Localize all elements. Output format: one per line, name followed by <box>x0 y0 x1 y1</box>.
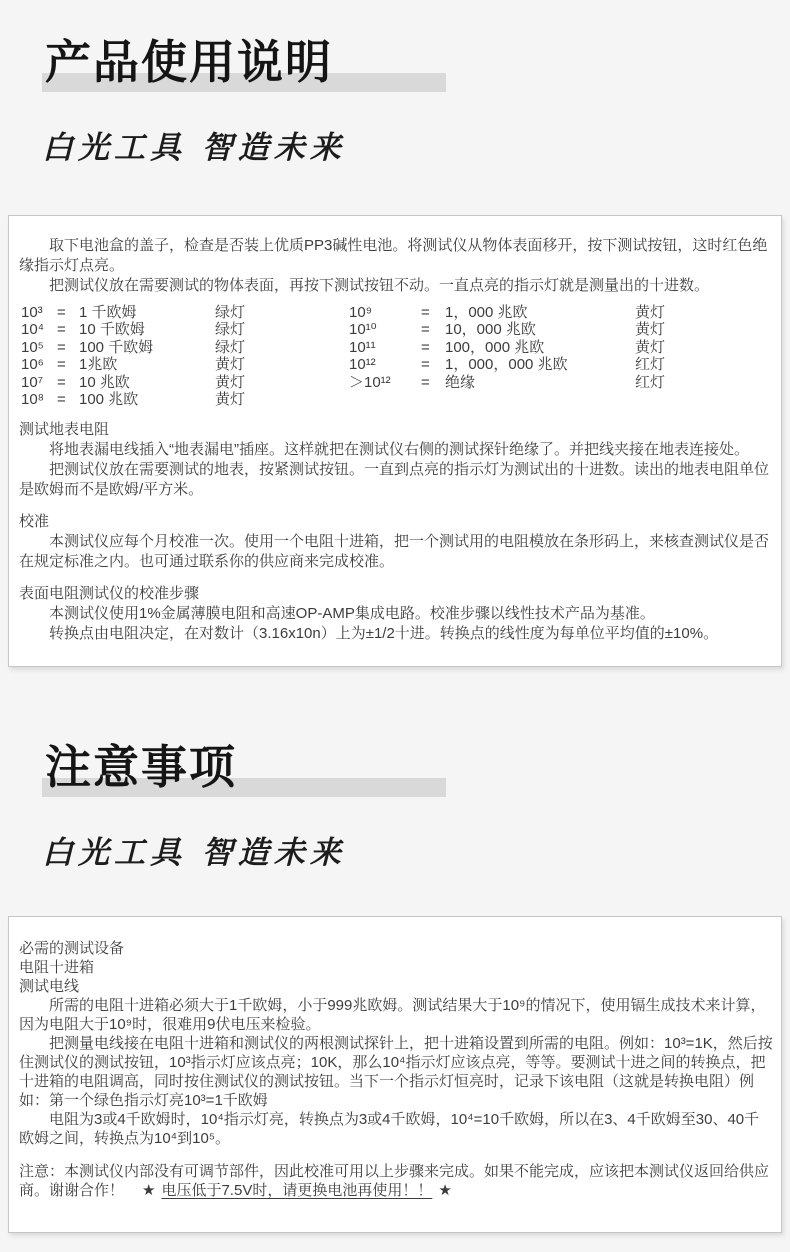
usage-paragraph-2: 把测试仪放在需要测试的物体表面，再按下测试按钮不动。一直点亮的指示灯就是测量出的… <box>19 276 773 296</box>
paragraph: 将地表漏电线插入“地表漏电”插座。这样就把在测试仪右侧的测试探针绝缘了。并把线夹… <box>19 440 773 460</box>
brand-slogan: 白光工具 智造未来 <box>42 827 790 872</box>
section1-title: 产品使用说明 <box>45 36 790 88</box>
power-cell <box>349 391 421 408</box>
value-cell: 1，000 兆欧 <box>445 304 635 321</box>
lamp-cell: 黄灯 <box>635 304 773 321</box>
table-row: 10⁷=10 兆欧黄灯＞10¹²=绝缘红灯 <box>21 374 773 391</box>
power-cell: 10⁶ <box>21 356 57 373</box>
notice-label: 注意： <box>19 1163 64 1180</box>
star-icon: ★ <box>438 1182 451 1199</box>
equals-cell: = <box>57 321 79 338</box>
resistance-lamp-table: 10³=1 千欧姆绿灯10⁹=1，000 兆欧黄灯 10⁴=10 千欧姆绿灯10… <box>21 304 773 408</box>
equipment-line: 电阻十进箱 <box>19 958 773 977</box>
section2-header: 注意事项 白光工具 智造未来 <box>0 667 790 872</box>
power-cell: 10¹¹ <box>349 339 421 356</box>
section1-title-wrap: 产品使用说明 <box>0 36 790 94</box>
table-row: 10³=1 千欧姆绿灯10⁹=1，000 兆欧黄灯 <box>21 304 773 321</box>
sub-heading: 表面电阻测试仪的校准步骤 <box>19 584 773 604</box>
equals-cell: = <box>57 391 79 408</box>
table-row: 10⁸=100 兆欧黄灯 <box>21 391 773 408</box>
lamp-cell: 绿灯 <box>215 321 349 338</box>
star-icon: ★ <box>142 1182 155 1199</box>
section2-title-wrap: 注意事项 <box>0 741 790 799</box>
notice-line: 注意：本测试仪内部没有可调节部件，因此校准可用以上步骤来完成。如果不能完成，应该… <box>19 1162 773 1200</box>
lamp-cell: 黄灯 <box>215 374 349 391</box>
battery-warning: 电压低于7.5V时，请更换电池再使用！！ <box>161 1182 432 1199</box>
paragraph: 把测量电线接在电阻十进箱和测试仪的两根测试探针上，把十进箱设置到所需的电阻。例如… <box>19 1034 773 1110</box>
equals-cell: = <box>421 356 445 373</box>
lamp-cell: 黄灯 <box>215 391 349 408</box>
paragraph: 所需的电阻十进箱必须大于1千欧姆，小于999兆欧姆。测试结果大于10⁹的情况下，… <box>19 996 773 1034</box>
table-row: 10⁴=10 千欧姆绿灯10¹⁰=10，000 兆欧黄灯 <box>21 321 773 338</box>
value-cell: 100 千欧姆 <box>79 339 215 356</box>
table-row: 10⁵=100 千欧姆绿灯10¹¹=100，000 兆欧黄灯 <box>21 339 773 356</box>
paragraph: 本测试仪使用1%金属薄膜电阻和高速OP-AMP集成电路。校准步骤以线性技术产品为… <box>19 604 773 624</box>
power-cell: 10³ <box>21 304 57 321</box>
equipment-line: 必需的测试设备 <box>19 939 773 958</box>
calibration-section: 校准 本测试仪应每个月校准一次。使用一个电阻十进箱，把一个测试用的电阻模放在条形… <box>19 512 773 572</box>
value-cell: 10 千欧姆 <box>79 321 215 338</box>
lamp-cell: 黄灯 <box>215 356 349 373</box>
lamp-cell: 绿灯 <box>215 339 349 356</box>
brand-slogan: 白光工具 智造未来 <box>42 122 790 167</box>
calibration-steps-section: 表面电阻测试仪的校准步骤 本测试仪使用1%金属薄膜电阻和高速OP-AMP集成电路… <box>19 584 773 644</box>
sub-heading: 测试地表电阻 <box>19 420 773 440</box>
value-cell: 100，000 兆欧 <box>445 339 635 356</box>
equals-cell: = <box>57 339 79 356</box>
equipment-line: 测试电线 <box>19 977 773 996</box>
section2-title: 注意事项 <box>45 741 790 793</box>
value-cell: 1兆欧 <box>79 356 215 373</box>
power-cell: ＞10¹² <box>349 374 421 391</box>
equals-cell: = <box>421 374 445 391</box>
table-row: 10⁶=1兆欧黄灯10¹²=1，000，000 兆欧红灯 <box>21 356 773 373</box>
power-cell: 10⁴ <box>21 321 57 338</box>
usage-paragraph-1: 取下电池盒的盖子，检查是否装上优质PP3碱性电池。将测试仪从物体表面移开，按下测… <box>19 236 773 276</box>
lamp-cell: 黄灯 <box>635 321 773 338</box>
lamp-cell: 红灯 <box>635 374 773 391</box>
power-cell: 10⁸ <box>21 391 57 408</box>
lamp-cell <box>635 391 773 408</box>
paragraph: 本测试仪应每个月校准一次。使用一个电阻十进箱，把一个测试用的电阻模放在条形码上，… <box>19 532 773 572</box>
equals-cell: = <box>421 304 445 321</box>
section1-header: 产品使用说明 白光工具 智造未来 <box>0 0 790 167</box>
value-cell: 1，000，000 兆欧 <box>445 356 635 373</box>
power-cell: 10¹² <box>349 356 421 373</box>
surface-resistance-section: 测试地表电阻 将地表漏电线插入“地表漏电”插座。这样就把在测试仪右侧的测试探针绝… <box>19 420 773 500</box>
paragraph: 电阻为3或4千欧姆时，10⁴指示灯亮，转换点为3或4千欧姆，10⁴=10千欧姆，… <box>19 1110 773 1148</box>
equals-cell: = <box>57 356 79 373</box>
power-cell: 10⁵ <box>21 339 57 356</box>
equals-cell <box>421 391 445 408</box>
value-cell: 100 兆欧 <box>79 391 215 408</box>
power-cell: 10¹⁰ <box>349 321 421 338</box>
value-cell: 绝缘 <box>445 374 635 391</box>
sub-heading: 校准 <box>19 512 773 532</box>
paragraph: 把测试仪放在需要测试的地表，按紧测试按钮。一直到点亮的指示灯为测试出的十进数。读… <box>19 460 773 500</box>
precautions-box: 必需的测试设备 电阻十进箱 测试电线 所需的电阻十进箱必须大于1千欧姆，小于99… <box>8 916 782 1233</box>
value-cell: 10，000 兆欧 <box>445 321 635 338</box>
lamp-cell: 黄灯 <box>635 339 773 356</box>
usage-instructions-box: 取下电池盒的盖子，检查是否装上优质PP3碱性电池。将测试仪从物体表面移开，按下测… <box>8 215 782 667</box>
lamp-cell: 绿灯 <box>215 304 349 321</box>
power-cell: 10⁷ <box>21 374 57 391</box>
manual-page: 产品使用说明 白光工具 智造未来 取下电池盒的盖子，检查是否装上优质PP3碱性电… <box>0 0 790 1252</box>
value-cell: 1 千欧姆 <box>79 304 215 321</box>
value-cell <box>445 391 635 408</box>
value-cell: 10 兆欧 <box>79 374 215 391</box>
equals-cell: = <box>421 321 445 338</box>
paragraph: 转换点由电阻决定，在对数计（3.16x10n）上为±1/2十进。转换点的线性度为… <box>19 624 773 644</box>
equals-cell: = <box>421 339 445 356</box>
equals-cell: = <box>57 374 79 391</box>
lamp-cell: 红灯 <box>635 356 773 373</box>
equals-cell: = <box>57 304 79 321</box>
power-cell: 10⁹ <box>349 304 421 321</box>
